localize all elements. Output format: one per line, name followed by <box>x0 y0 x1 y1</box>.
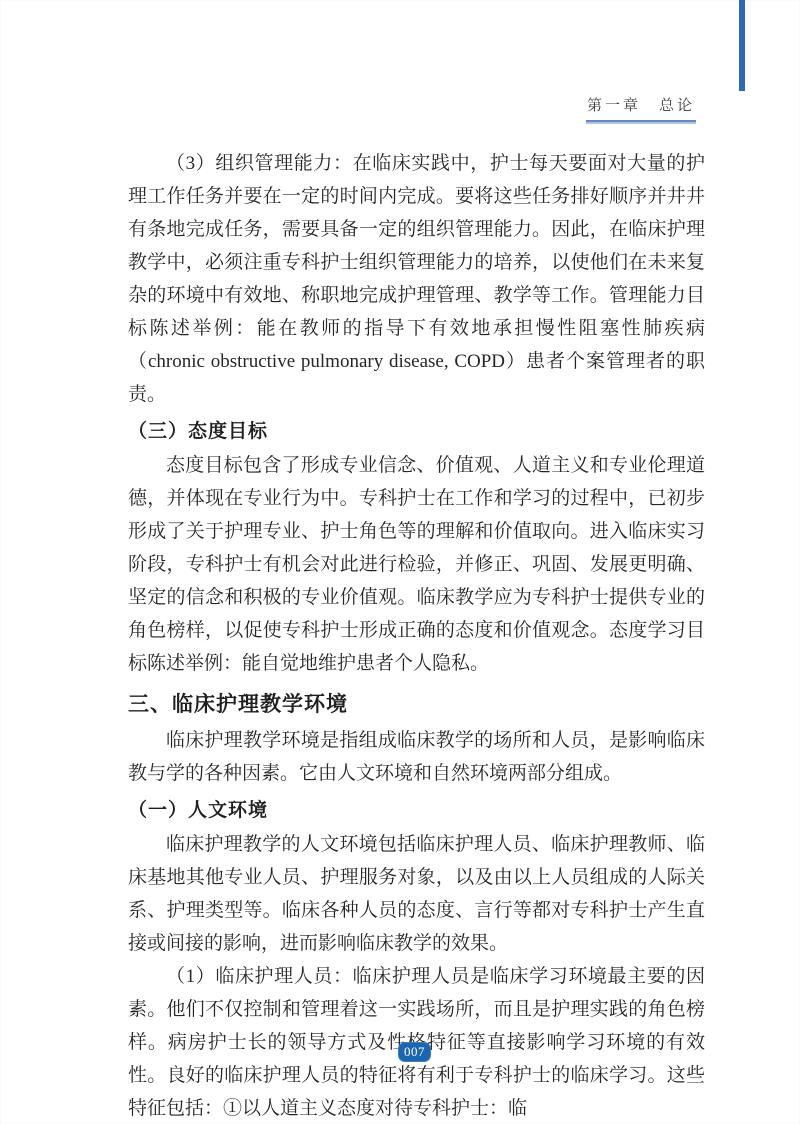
section-heading-clinical-teaching-environment: 三、临床护理教学环境 <box>128 689 705 720</box>
running-head-rule <box>586 120 696 124</box>
page-body: （3）组织管理能力：在临床实践中，护士每天要面对大量的护理工作任务并要在一定的时… <box>128 147 705 1124</box>
book-page: 第一章 总论 （3）组织管理能力：在临床实践中，护士每天要面对大量的护理工作任务… <box>0 0 800 1124</box>
body-paragraph: （3）组织管理能力：在临床实践中，护士每天要面对大量的护理工作任务并要在一定的时… <box>128 147 705 411</box>
running-head: 第一章 总论 <box>586 94 696 124</box>
chapter-title: 第一章 总论 <box>586 94 696 120</box>
subsection-heading-human-environment: （一）人文环境 <box>128 797 705 825</box>
top-right-accent-bar <box>739 0 745 91</box>
body-paragraph: 临床护理教学的人文环境包括临床护理人员、临床护理教师、临床基地其他专业人员、护理… <box>128 828 705 960</box>
page-number-badge: 007 <box>398 1042 431 1062</box>
subsection-heading-attitude-goals: （三）态度目标 <box>128 418 705 446</box>
body-paragraph: 态度目标包含了形成专业信念、价值观、人道主义和专业伦理道德，并体现在专业行为中。… <box>128 449 705 680</box>
body-paragraph: 临床护理教学环境是指组成临床教学的场所和人员，是影响临床教与学的各种因素。它由人… <box>128 724 705 790</box>
